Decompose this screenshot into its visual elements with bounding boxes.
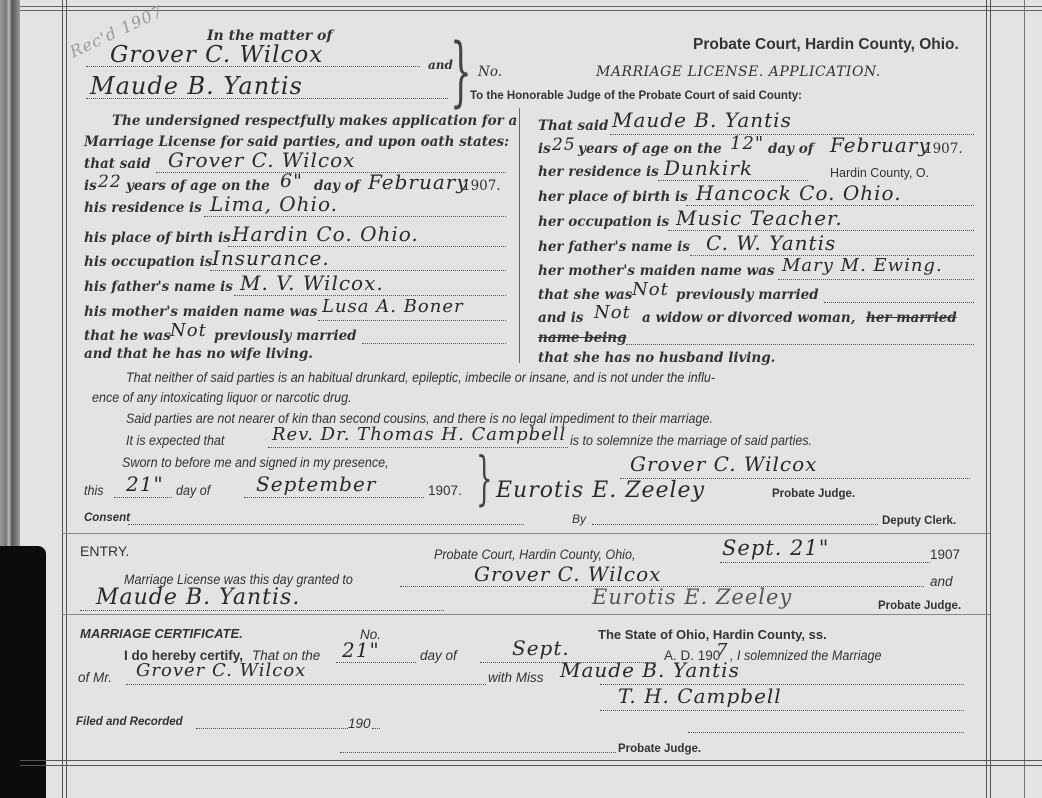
bride-name: Maude B. Yantis: [612, 108, 792, 132]
label: and is: [538, 310, 583, 326]
label: By: [572, 512, 586, 526]
underline: [126, 684, 486, 685]
underline: [204, 216, 506, 217]
label: that she has no husband living.: [538, 350, 775, 366]
label: his residence is: [84, 200, 202, 216]
label: Probate Court, Hardin County, Ohio,: [434, 547, 635, 562]
underline: [128, 524, 524, 525]
label: Consent: [84, 512, 130, 524]
book-binding-edge: [0, 0, 20, 546]
brace: }: [450, 26, 472, 115]
underline: [362, 343, 506, 344]
bride-birthplace: Hancock Co. Ohio.: [696, 181, 902, 205]
underline: [336, 662, 416, 663]
struck-label: her married: [866, 310, 957, 326]
underline: [80, 610, 444, 611]
label: is to solemnize the marriage of said par…: [570, 433, 812, 448]
label: that she was: [538, 287, 632, 303]
label: his place of birth is: [84, 230, 231, 246]
declaration-line: ence of any intoxicating liquor or narco…: [92, 390, 352, 405]
bride-mother: Mary M. Ewing.: [782, 255, 943, 276]
underline: [720, 562, 930, 563]
label: her occupation is: [538, 214, 669, 230]
brace: }: [476, 444, 493, 512]
judge-signature: Eurotis E. Zeeley: [496, 478, 705, 503]
bride-residence: Dunkirk: [664, 156, 753, 180]
underline: [626, 344, 974, 345]
form-title: MARRIAGE LICENSE. APPLICATION.: [596, 64, 881, 80]
bride-widow-status: Not: [594, 302, 631, 323]
salutation: To the Honorable Judge of the Probate Co…: [470, 90, 802, 102]
bride-birth-month: February: [830, 133, 931, 157]
label: this: [84, 483, 104, 498]
entry-bride: Maude B. Yantis.: [96, 585, 300, 610]
label: his mother's maiden name was: [84, 304, 318, 320]
label: her residence is: [538, 164, 659, 180]
bride-year: 1907.: [924, 141, 963, 157]
certificate-title: MARRIAGE CERTIFICATE.: [80, 626, 243, 641]
entry-title: ENTRY.: [80, 543, 129, 559]
entry-judge-signature: Eurotis E. Zeeley: [592, 585, 792, 609]
groom-birthplace: Hardin Co. Ohio.: [232, 222, 419, 246]
section-divider: [62, 614, 990, 615]
probate-judge-label: Probate Judge.: [618, 743, 701, 755]
groom-age: 22: [98, 172, 122, 192]
label: , I solemnized the Marriage: [730, 648, 881, 663]
applicant-signature: Grover C. Wilcox: [630, 452, 817, 476]
party1-name: Grover C. Wilcox: [110, 42, 323, 68]
underline: [778, 279, 974, 280]
underline: [196, 728, 348, 729]
filed-year: 190: [348, 716, 371, 731]
label: is: [538, 141, 551, 157]
struck-label: name being: [538, 330, 627, 346]
label: That said: [538, 118, 608, 134]
label: with Miss: [488, 670, 544, 685]
groom-mother: Lusa A. Boner: [322, 296, 464, 317]
underline: [824, 302, 974, 303]
label: years of age on the: [578, 141, 722, 157]
state-label: The State of Ohio, Hardin County, ss.: [598, 627, 827, 642]
sworn-day: 21": [126, 472, 164, 496]
label: Sworn to before me and signed in my pres…: [122, 455, 389, 470]
document-page: Rec'd 1907 In the matter of Grover C. Wi…: [0, 0, 1042, 798]
label: that he was: [84, 328, 171, 344]
deputy-clerk-label: Deputy Clerk.: [882, 515, 956, 527]
label: her mother's maiden name was: [538, 263, 775, 279]
probate-judge-label: Probate Judge.: [878, 600, 961, 612]
officiant-name: Rev. Dr. Thomas H. Campbell: [272, 424, 566, 445]
sworn-month: September: [256, 472, 376, 496]
no-label: No.: [478, 64, 502, 80]
groom-year: 1907.: [462, 178, 501, 194]
bride-occupation: Music Teacher.: [676, 206, 843, 230]
section-divider: [62, 533, 990, 534]
label: that said: [84, 156, 151, 172]
label: is: [84, 178, 97, 194]
bride-previously-married: Not: [632, 279, 669, 300]
label: day of: [420, 648, 457, 663]
groom-name: Grover C. Wilcox: [168, 148, 355, 172]
underline: [600, 710, 964, 711]
label: previously married: [214, 328, 357, 344]
underline: [688, 732, 964, 733]
underline: [318, 320, 506, 321]
underline: [372, 728, 380, 729]
frame-line: [62, 0, 63, 798]
certificate-bride: Maude B. Yantis: [560, 658, 740, 682]
probate-judge-label: Probate Judge.: [772, 488, 855, 500]
frame-line: [20, 10, 1042, 11]
sworn-year: 1907.: [428, 483, 462, 498]
court-title: Probate Court, Hardin County, Ohio.: [693, 36, 959, 54]
bride-residence-suffix: Hardin County, O.: [830, 166, 929, 180]
label: her place of birth is: [538, 189, 688, 205]
frame-line: [20, 6, 1042, 7]
frame-line: [986, 0, 987, 798]
label: a widow or divorced woman,: [642, 310, 855, 326]
groom-occupation: Insurance.: [212, 246, 330, 270]
label: of Mr.: [78, 670, 112, 685]
officiant-signature: T. H. Campbell: [618, 684, 782, 708]
column-divider: [519, 108, 520, 363]
entry-year: 1907: [930, 547, 960, 562]
frame-line: [66, 0, 67, 798]
groom-father: M. V. Wilcox.: [240, 271, 384, 295]
certificate-day: 21": [342, 638, 380, 662]
frame-line: [20, 765, 1042, 766]
certificate-month: Sept.: [512, 636, 570, 660]
entry-groom: Grover C. Wilcox: [474, 562, 661, 586]
underline: [244, 497, 424, 498]
label: day of: [768, 141, 814, 157]
bride-birth-day: 12": [730, 133, 764, 154]
label: and that he has no wife living.: [84, 346, 313, 362]
intro-line-1: The undersigned respectfully makes appli…: [112, 113, 517, 129]
entry-date: Sept. 21": [722, 536, 829, 560]
label: and: [930, 574, 953, 589]
label: day of: [176, 483, 210, 498]
declaration-line: That neither of said parties is an habit…: [126, 370, 715, 385]
label: previously married: [676, 287, 819, 303]
label: his father's name is: [84, 279, 233, 295]
groom-residence: Lima, Ohio.: [210, 192, 338, 216]
label: his occupation is: [84, 254, 212, 270]
label: It is expected that: [126, 433, 224, 448]
label: her father's name is: [538, 239, 690, 255]
underline: [268, 447, 568, 448]
groom-previously-married: Not: [170, 320, 207, 341]
certificate-groom: Grover C. Wilcox: [136, 660, 306, 681]
party2-name: Maude B. Yantis: [90, 72, 303, 100]
bride-father: C. W. Yantis: [706, 231, 836, 255]
frame-line: [1024, 0, 1025, 798]
bride-age: 25: [552, 135, 576, 155]
groom-birth-day: 6": [280, 170, 303, 192]
underline: [340, 752, 616, 753]
underline: [592, 524, 878, 525]
label: Filed and Recorded: [76, 716, 183, 728]
frame-line: [990, 0, 991, 798]
groom-birth-month: February: [368, 170, 469, 194]
underline: [114, 497, 172, 498]
frame-line: [20, 760, 1042, 761]
